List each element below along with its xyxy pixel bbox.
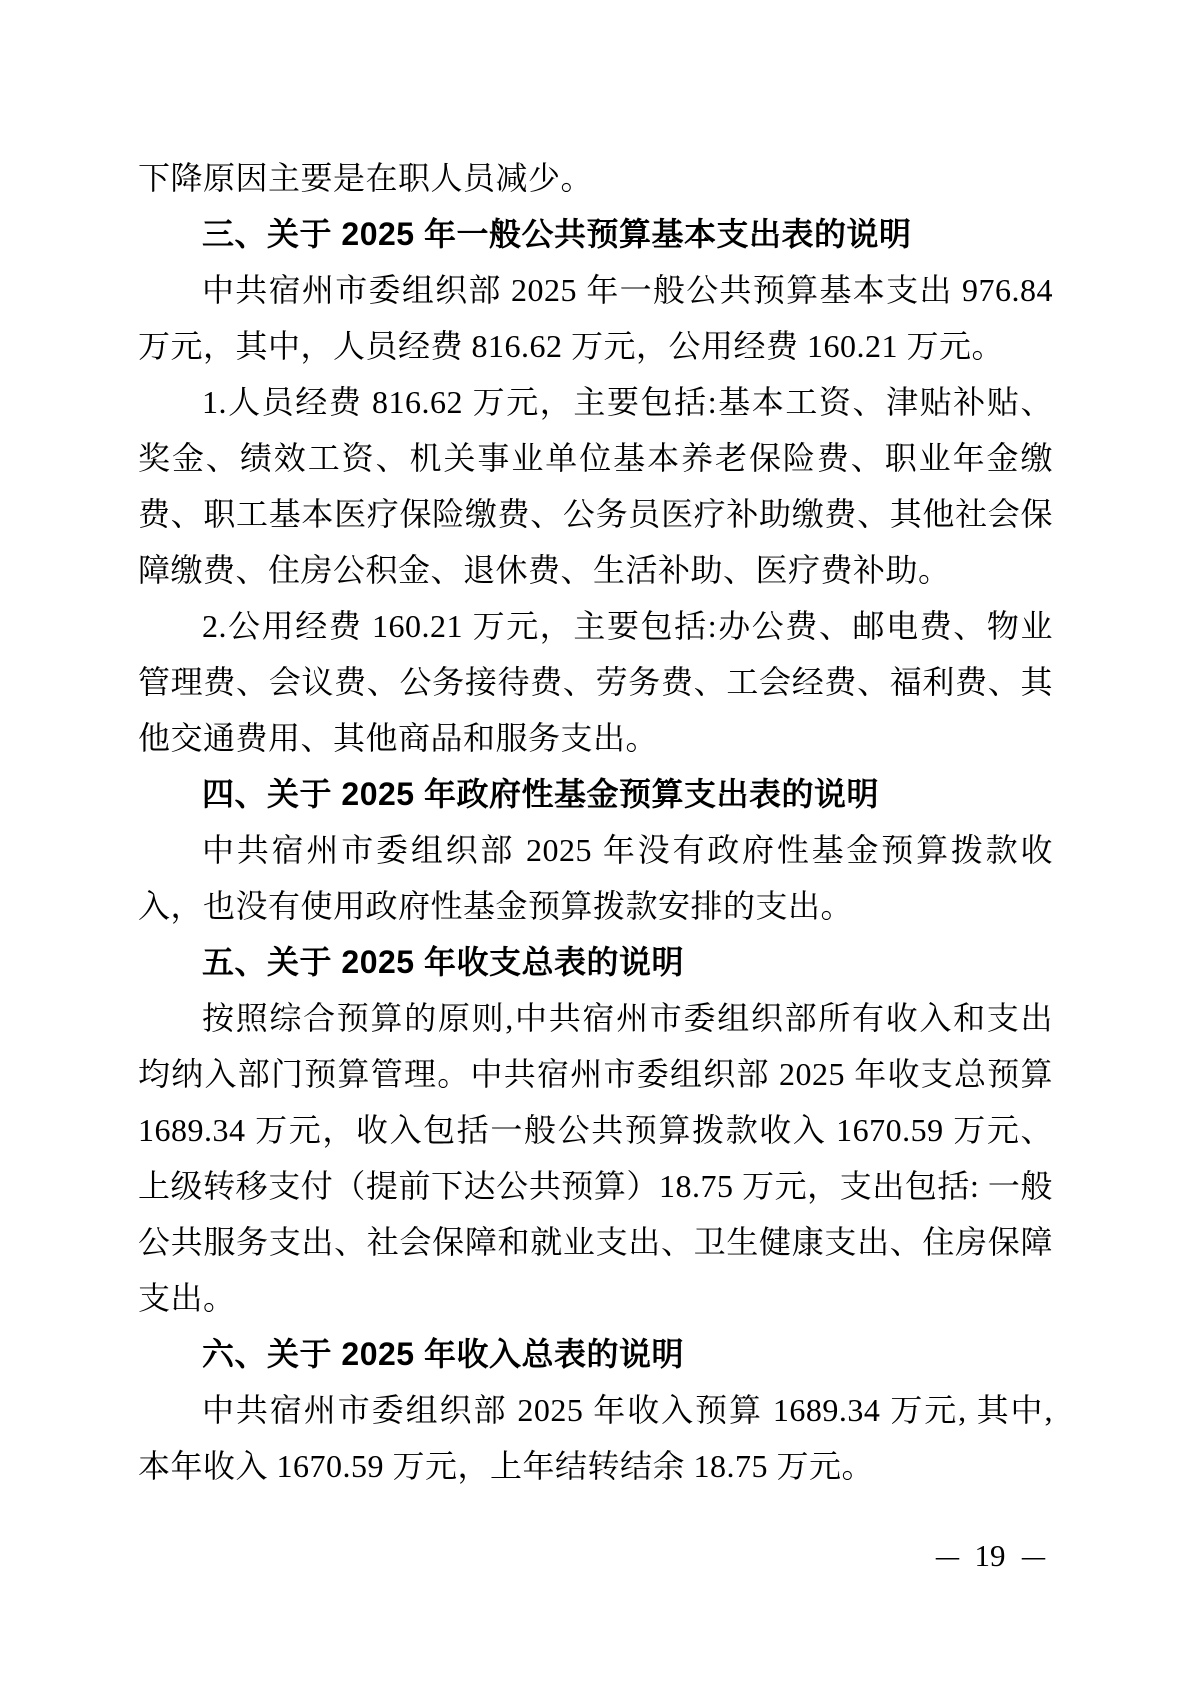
paragraph-continuation: 下降原因主要是在职人员减少。 bbox=[138, 150, 1053, 206]
paragraph-revenue-summary: 中共宿州市委组织部 2025 年收入预算 1689.34 万元, 其中, 本年收… bbox=[138, 1382, 1053, 1494]
document-page: 下降原因主要是在职人员减少。 三、关于 2025 年一般公共预算基本支出表的说明… bbox=[0, 0, 1190, 1683]
footer-dash-right: — bbox=[1021, 1536, 1044, 1576]
section-heading-government-fund: 四、关于 2025 年政府性基金预算支出表的说明 bbox=[138, 766, 1053, 822]
paragraph-revenue-expenditure-summary: 按照综合预算的原则,中共宿州市委组织部所有收入和支出均纳入部门预算管理。中共宿州… bbox=[138, 990, 1053, 1326]
footer-dash-left: — bbox=[935, 1536, 958, 1576]
paragraph-basic-expenditure-summary: 中共宿州市委组织部 2025 年一般公共预算基本支出 976.84 万元，其中，… bbox=[138, 262, 1053, 374]
page-footer: —19— bbox=[890, 1536, 1090, 1576]
paragraph-public-expenses: 2.公用经费 160.21 万元，主要包括:办公费、邮电费、物业管理费、会议费、… bbox=[138, 598, 1053, 766]
paragraph-personnel-expenses: 1.人员经费 816.62 万元，主要包括:基本工资、津贴补贴、奖金、绩效工资、… bbox=[138, 374, 1053, 598]
section-heading-revenue-summary: 六、关于 2025 年收入总表的说明 bbox=[138, 1326, 1053, 1382]
page-number: 19 bbox=[975, 1536, 1006, 1576]
section-heading-revenue-expenditure-summary: 五、关于 2025 年收支总表的说明 bbox=[138, 934, 1053, 990]
document-body: 下降原因主要是在职人员减少。 三、关于 2025 年一般公共预算基本支出表的说明… bbox=[138, 150, 1053, 1494]
paragraph-government-fund: 中共宿州市委组织部 2025 年没有政府性基金预算拨款收入，也没有使用政府性基金… bbox=[138, 822, 1053, 934]
section-heading-basic-expenditure: 三、关于 2025 年一般公共预算基本支出表的说明 bbox=[138, 206, 1053, 262]
